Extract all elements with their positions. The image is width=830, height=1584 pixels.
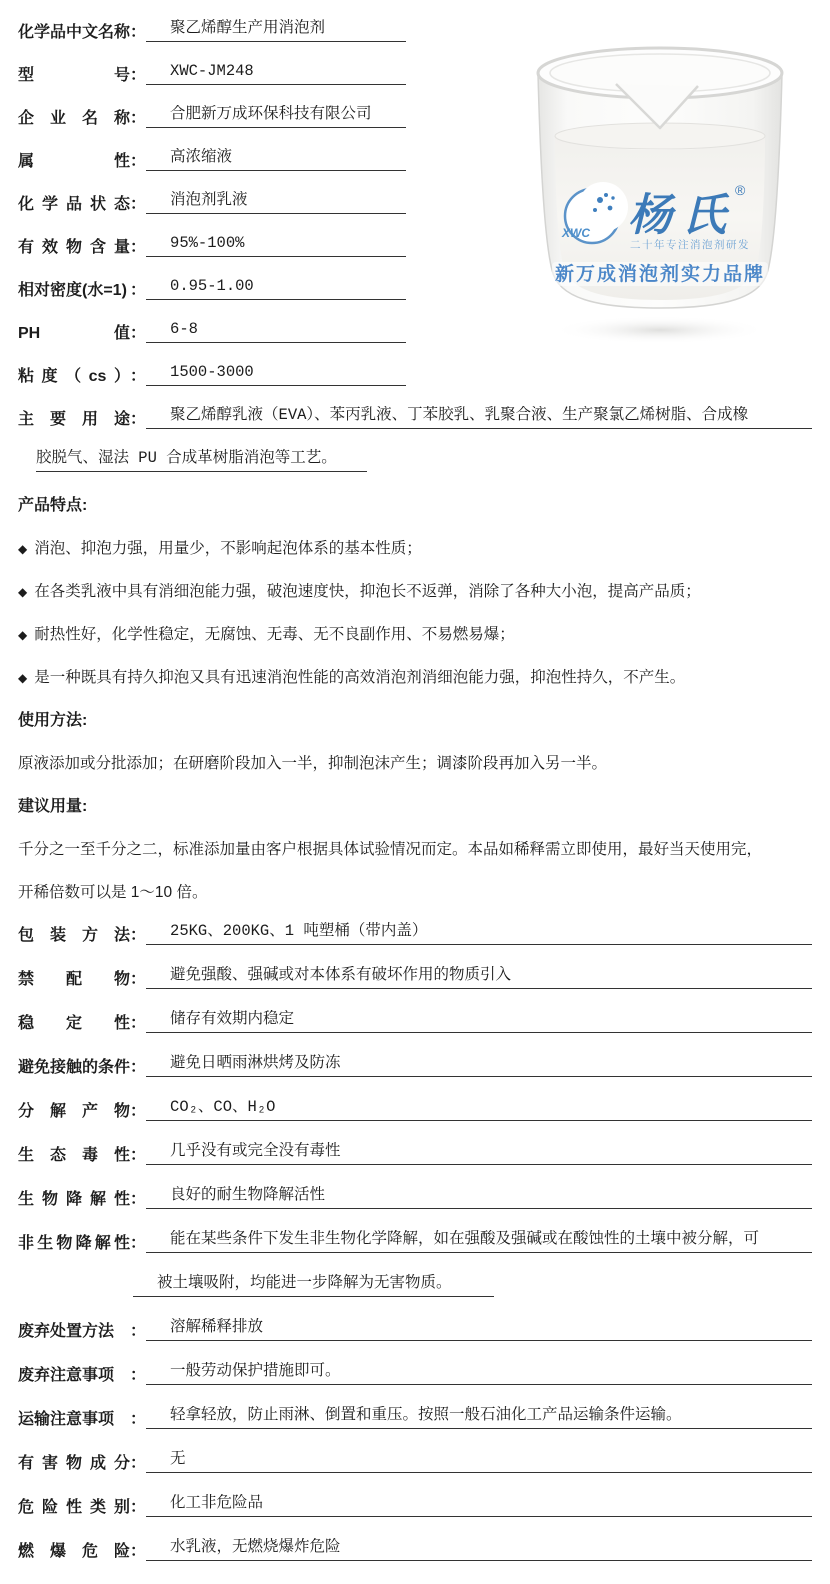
- field-value: 化工非危险品: [146, 1494, 812, 1517]
- field-colon: ：: [130, 1454, 146, 1473]
- brand-name-text: 杨氏: [628, 191, 736, 240]
- field-colon: ：: [130, 281, 146, 300]
- field-value: 1500-3000: [146, 363, 406, 386]
- logo-tagline-text: 二十年专注消泡剂研发: [630, 238, 750, 251]
- feature-item: ◆消泡、抑泡力强，用量少，不影响起泡体系的基本性质；: [18, 530, 812, 558]
- field-label: 燃爆危险: [18, 1542, 130, 1561]
- field-label: 属性: [18, 152, 130, 171]
- field-row: 危险性类别：化工非危险品: [18, 1489, 812, 1517]
- field-row: 化学品中文名称：聚乙烯醇生产用消泡剂: [18, 14, 812, 42]
- field-value: 无: [146, 1450, 812, 1473]
- field-label: 有效物含量: [18, 238, 130, 257]
- field-label: 企业名称: [18, 109, 130, 128]
- field-row: 生态毒性：几乎没有或完全没有毒性: [18, 1137, 812, 1165]
- dosage-paragraph: 千分之一至千分之二，标准添加量由客户根据具体试验情况而定。本品如稀释需立即使用，…: [18, 831, 812, 902]
- field-label: 型号: [18, 66, 130, 85]
- field-colon: ：: [130, 410, 146, 429]
- field-label: 危险性类别: [18, 1498, 130, 1517]
- field-label: 分解产物: [18, 1102, 130, 1121]
- field-label: 包装方法: [18, 926, 130, 945]
- field-row: 稳定性：储存有效期内稳定: [18, 1005, 812, 1033]
- dosage-heading-text: 建议用量:: [18, 793, 87, 816]
- logo-mark-text: XWC: [561, 226, 590, 240]
- field-value: 一般劳动保护措施即可。: [146, 1362, 812, 1385]
- field-colon: ：: [130, 1234, 146, 1253]
- document-page: 化学品中文名称：聚乙烯醇生产用消泡剂型号：XWC-JM248企业名称：合肥新万成…: [0, 0, 830, 1584]
- field-label: 稳定性: [18, 1014, 130, 1033]
- field-value: CO₂、CO、H₂O: [146, 1098, 812, 1121]
- registered-mark: ®: [735, 182, 746, 198]
- field-value: 水乳液，无燃烧爆炸危险: [146, 1538, 812, 1561]
- beaker-reflection: [552, 316, 768, 344]
- field-colon: ：: [130, 1014, 146, 1033]
- field-value: 消泡剂乳液: [146, 191, 406, 214]
- field-colon: ：: [130, 1498, 146, 1517]
- diamond-bullet-icon: ◆: [18, 585, 27, 601]
- field-value: 6-8: [146, 320, 406, 343]
- feature-item: ◆在各类乳液中具有消细泡能力强，破泡速度快，抑泡长不返弹，消除了各种大小泡，提高…: [18, 573, 812, 601]
- field-colon: ：: [130, 1542, 146, 1561]
- field-row: 生物降解性：良好的耐生物降解活性: [18, 1181, 812, 1209]
- field-value-text: 胶脱气、湿法 PU 合成革树脂消泡等工艺。: [36, 449, 367, 472]
- field-label: 运输注意事项: [18, 1410, 130, 1429]
- field-value-continued: 胶脱气、湿法 PU 合成革树脂消泡等工艺。: [18, 444, 830, 472]
- dosage-text: 千分之一至千分之二，标准添加量由客户根据具体试验情况而定。本品如稀释需立即使用，…: [18, 837, 762, 859]
- feature-text: 在各类乳液中具有消细泡能力强，破泡速度快，抑泡长不返弹，消除了各种大小泡，提高产…: [34, 579, 701, 601]
- banner-text: 新万成消泡剂实力品牌: [555, 262, 765, 285]
- product-photo: XWC 杨氏 ® 二十年专注消泡剂研发 新万成消泡剂实力品牌: [500, 40, 820, 360]
- field-colon: ：: [130, 926, 146, 945]
- field-value: 能在某些条件下发生非生物化学降解，如在强酸及强碱或在酸蚀性的土壤中被分解，可: [146, 1230, 812, 1253]
- field-label: 非生物降解性: [18, 1234, 130, 1253]
- field-colon: ：: [130, 238, 146, 257]
- field-label: 化学品状态: [18, 195, 130, 214]
- field-colon: ：: [130, 152, 146, 171]
- feature-text: 耐热性好，化学性稳定，无腐蚀、无毒、无不良副作用、不易燃易爆；: [34, 622, 515, 644]
- field-label: 避免接触的条件: [18, 1058, 130, 1077]
- section-heading-dosage: 建议用量:: [18, 788, 812, 816]
- feature-item: ◆耐热性好，化学性稳定，无腐蚀、无毒、无不良副作用、不易燃易爆；: [18, 616, 812, 644]
- feature-text: 是一种既具有持久抑泡又具有迅速消泡性能的高效消泡剂消细泡能力强，抑泡性持久，不产…: [34, 665, 685, 687]
- field-row: 非生物降解性：能在某些条件下发生非生物化学降解，如在强酸及强碱或在酸蚀性的土壤中…: [18, 1225, 812, 1253]
- field-label: 相对密度(水=1): [18, 281, 130, 300]
- field-label: 禁配物: [18, 970, 130, 989]
- field-value: 0.95-1.00: [146, 277, 406, 300]
- field-row: 有害物成分：无: [18, 1445, 812, 1473]
- field-colon: ：: [130, 1102, 146, 1121]
- diamond-bullet-icon: ◆: [18, 542, 27, 558]
- field-row: 避免接触的条件：避免日晒雨淋烘烤及防冻: [18, 1049, 812, 1077]
- section-heading-usage: 使用方法:: [18, 702, 812, 730]
- field-row: 燃爆危险：水乳液，无燃烧爆炸危险: [18, 1533, 812, 1561]
- field-colon: ：: [130, 324, 146, 343]
- field-row: 分解产物：CO₂、CO、H₂O: [18, 1093, 812, 1121]
- field-label: PH值: [18, 324, 130, 343]
- field-value: 储存有效期内稳定: [146, 1010, 812, 1033]
- field-colon: ：: [130, 195, 146, 214]
- field-value: 避免强酸、强碱或对本体系有破坏作用的物质引入: [146, 966, 812, 989]
- field-colon: ：: [130, 970, 146, 989]
- diamond-bullet-icon: ◆: [18, 628, 27, 644]
- field-row: 运输注意事项：轻拿轻放，防止雨淋、倒置和重压。按照一般石油化工产品运输条件运输。: [18, 1401, 812, 1429]
- field-label: 有害物成分: [18, 1454, 130, 1473]
- field-value: 聚乙烯醇乳液（EVA）、苯丙乳液、丁苯胶乳、乳聚合液、生产聚氯乙烯树脂、合成橡: [146, 406, 812, 429]
- field-row: 禁配物：避免强酸、强碱或对本体系有破坏作用的物质引入: [18, 961, 812, 989]
- field-colon: ：: [130, 1410, 146, 1429]
- field-row: 包装方法：25KG、200KG、1 吨塑桶（带内盖）: [18, 917, 812, 945]
- field-colon: ：: [130, 1146, 146, 1165]
- field-colon: ：: [130, 109, 146, 128]
- dosage-text: 开稀倍数可以是 1～10 倍。: [18, 880, 207, 902]
- field-row: 主要用途：聚乙烯醇乳液（EVA）、苯丙乳液、丁苯胶乳、乳聚合液、生产聚氯乙烯树脂…: [18, 401, 812, 429]
- field-row: 粘度（cs）：1500-3000: [18, 358, 812, 386]
- field-colon: ：: [130, 1322, 146, 1341]
- field-label: 粘度（cs）: [18, 367, 130, 386]
- field-value: 轻拿轻放，防止雨淋、倒置和重压。按照一般石油化工产品运输条件运输。: [146, 1406, 812, 1429]
- brand-watermark: XWC 杨氏 ® 二十年专注消泡剂研发 新万成消泡剂实力品牌: [552, 182, 768, 286]
- field-value: 高浓缩液: [146, 148, 406, 171]
- feature-item: ◆是一种既具有持久抑泡又具有迅速消泡性能的高效消泡剂消细泡能力强，抑泡性持久，不…: [18, 659, 812, 687]
- field-colon: ：: [130, 23, 146, 42]
- features-heading-text: 产品特点:: [18, 492, 87, 515]
- field-value: 避免日晒雨淋烘烤及防冻: [146, 1054, 812, 1077]
- section-heading-features: 产品特点:: [18, 487, 812, 515]
- usage-paragraph: 原液添加或分批添加；在研磨阶段加入一半，抑制泡沫产生；调漆阶段再加入另一半。: [18, 745, 812, 773]
- field-label: 废弃注意事项: [18, 1366, 130, 1385]
- field-label: 生物降解性: [18, 1190, 130, 1209]
- dosage-line: 千分之一至千分之二，标准添加量由客户根据具体试验情况而定。本品如稀释需立即使用，…: [18, 831, 812, 859]
- field-colon: ：: [130, 1190, 146, 1209]
- bottom-field-list: 包装方法：25KG、200KG、1 吨塑桶（带内盖）禁配物：避免强酸、强碱或对本…: [18, 917, 812, 1561]
- field-value: XWC-JM248: [146, 62, 406, 85]
- field-colon: ：: [130, 367, 146, 386]
- field-value: 25KG、200KG、1 吨塑桶（带内盖）: [146, 922, 812, 945]
- field-value-text: 被土壤吸附，均能进一步降解为无害物质。: [133, 1274, 494, 1297]
- field-value: 良好的耐生物降解活性: [146, 1186, 812, 1209]
- field-value: 溶解稀释排放: [146, 1318, 812, 1341]
- field-value: 合肥新万成环保科技有限公司: [146, 105, 406, 128]
- dosage-line: 开稀倍数可以是 1～10 倍。: [18, 874, 812, 902]
- usage-heading-text: 使用方法:: [18, 707, 87, 730]
- field-value: 聚乙烯醇生产用消泡剂: [146, 19, 406, 42]
- field-colon: ：: [130, 1366, 146, 1385]
- field-colon: ：: [130, 1058, 146, 1077]
- field-label: 废弃处置方法: [18, 1322, 130, 1341]
- field-label: 化学品中文名称: [18, 23, 130, 42]
- features-list: ◆消泡、抑泡力强，用量少，不影响起泡体系的基本性质；◆在各类乳液中具有消细泡能力…: [18, 530, 812, 687]
- field-value: 95%-100%: [146, 234, 406, 257]
- usage-text: 原液添加或分批添加；在研磨阶段加入一半，抑制泡沫产生；调漆阶段再加入另一半。: [18, 751, 607, 773]
- field-row: 废弃处置方法：溶解稀释排放: [18, 1313, 812, 1341]
- field-label: 生态毒性: [18, 1146, 130, 1165]
- field-value-continued: 被土壤吸附，均能进一步降解为无害物质。: [133, 1269, 812, 1297]
- field-value: 几乎没有或完全没有毒性: [146, 1142, 812, 1165]
- logo-crescent-mask: [578, 182, 628, 232]
- diamond-bullet-icon: ◆: [18, 671, 27, 687]
- field-colon: ：: [130, 66, 146, 85]
- feature-text: 消泡、抑泡力强，用量少，不影响起泡体系的基本性质；: [34, 536, 422, 558]
- field-row: 废弃注意事项：一般劳动保护措施即可。: [18, 1357, 812, 1385]
- field-label: 主要用途: [18, 410, 130, 429]
